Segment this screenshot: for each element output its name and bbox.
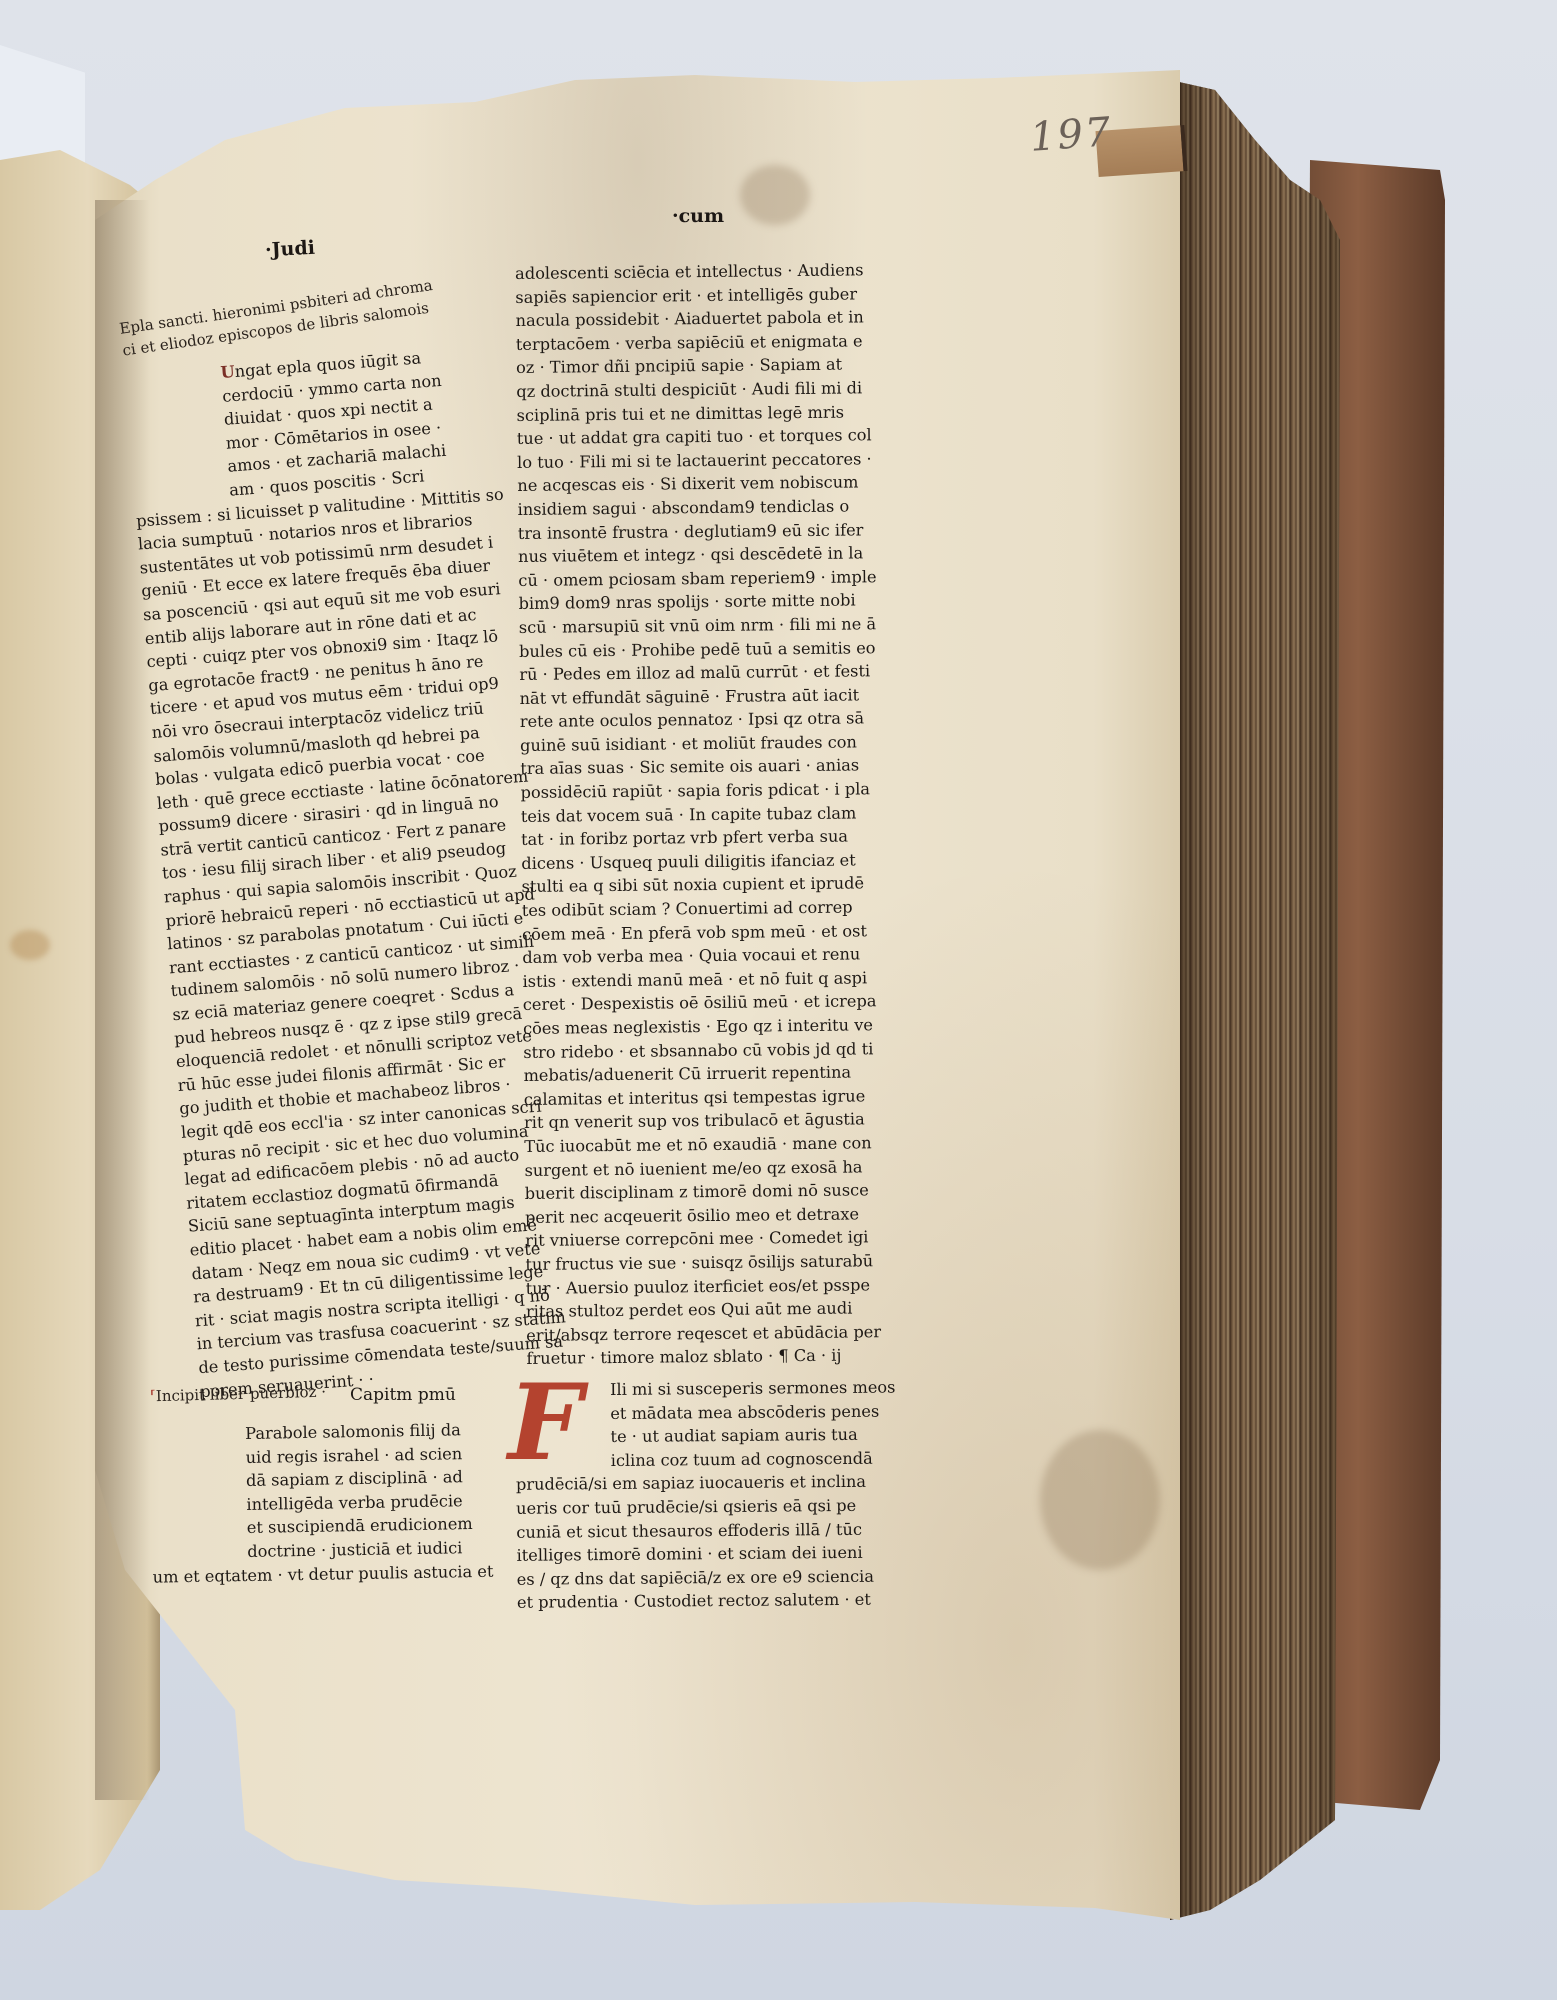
text-line: possidēciū rapiūt · sapia foris pdicat ·… (520, 777, 878, 804)
text-line: ueris cor tuū prudēcie/si qsieris eā qsi… (516, 1493, 897, 1520)
stain (740, 165, 810, 225)
text-line: et prudentia · Custodiet rectoz salutem … (517, 1588, 898, 1615)
text-line: qz doctrinā stulti despiciūt · Audi fili… (516, 376, 874, 403)
text-line: ritas stultoz perdet eos Qui aūt me audi (526, 1296, 884, 1323)
text-line: te · ut audiat sapiam auris tua (610, 1423, 896, 1449)
text-line: es / qz dns dat sapiēciā/z ex ore e9 sci… (517, 1564, 898, 1591)
text-line: cōes meas neglexistis · Ego qz i interit… (523, 1013, 881, 1040)
fore-edge-shadow (1170, 80, 1340, 1920)
text-line: nacula possidebit · Aiaduertet pabola et… (515, 305, 873, 332)
text-line: insidiem sagui · abscondam9 tendiclas o (517, 494, 875, 521)
red-initial-letter: F (508, 1372, 598, 1472)
chapter-heading: Capitm pmū (350, 1385, 456, 1405)
text-line: et mādata mea abscōderis penes (610, 1399, 896, 1425)
text-line: tat · in foribz portaz vrb pfert verba s… (521, 824, 879, 851)
rubricated-initial: U (220, 362, 235, 382)
text-line: tur fructus vie sue · suisqz ōsilijs sat… (525, 1249, 883, 1276)
text-line: tue · ut addat gra capiti tuo · et torqu… (517, 423, 875, 450)
text-line: tes odibūt sciam ? Conuertimi ad correp (522, 895, 880, 922)
running-head-center: ·cum (672, 205, 724, 227)
text-line: cuniā et sicut thesauros effoderis illā … (516, 1517, 897, 1544)
text-line: buerit disciplinam z timorē domi nō susc… (525, 1178, 883, 1205)
text-line: scū · marsupiū sit vnū oim nrm · fili mi… (519, 612, 877, 639)
stain (10, 930, 50, 960)
proverbs-column: adolescenti sciēcia et intellectus · Aud… (515, 258, 885, 1371)
text-line: mebatis/aduenerit Cū irruerit repentina (523, 1060, 881, 1087)
running-head-left: ·Judi (264, 237, 315, 262)
text-line: dam vob verba mea · Quia vocaui et renu (522, 942, 880, 969)
stain (1040, 1430, 1160, 1570)
text-line: itelliges timorē domini · et sciam dei i… (516, 1541, 897, 1568)
text-line: nus viuētem et integz · qsi descēdetē in… (518, 541, 876, 568)
text-line: adolescenti sciēcia et intellectus · Aud… (515, 258, 873, 285)
prologue-column: Ungat epla quos iūgit sa cerdociū · ymmo… (125, 341, 572, 1404)
text-line: Tūc iuocabūt me et nō exaudiā · mane con (524, 1131, 882, 1158)
text-line: rū · Pedes em illoz ad malū currūt · et … (519, 659, 877, 686)
folio-number: 197 (1028, 109, 1113, 161)
proverbs-opening-column: Parabole salomonis filij da uid regis is… (245, 1418, 494, 1587)
text-line: iclina coz tuum ad cognoscendā (611, 1446, 897, 1472)
text-line: prudēciā/si em sapiaz iuocaueris et incl… (516, 1470, 897, 1497)
chapter-two-column: Ili mi si susceperis sermones meos et mā… (610, 1376, 897, 1614)
text-line: Ili mi si susceperis sermones meos (610, 1376, 896, 1402)
text-line: rete ante oculos pennatoz · Ipsi qz otra… (520, 707, 878, 734)
